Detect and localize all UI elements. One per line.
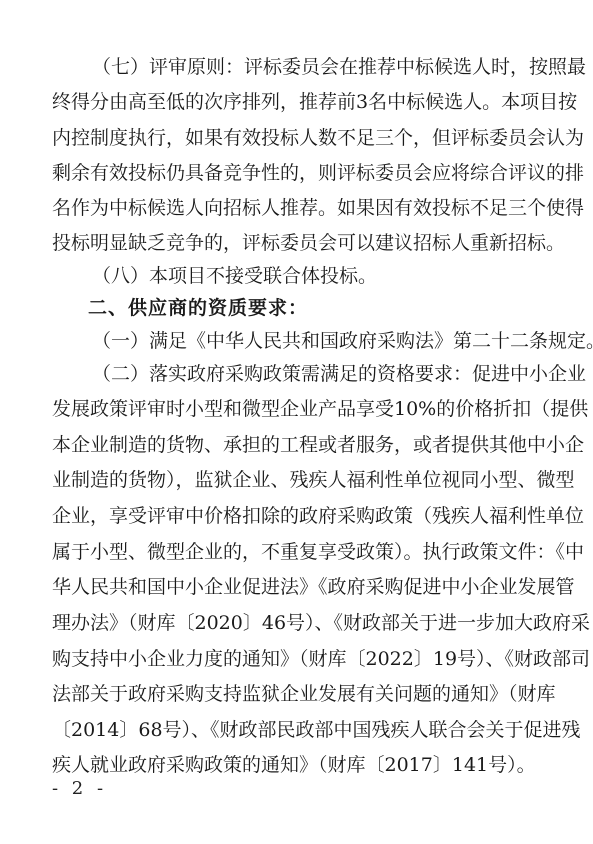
text-line: 理办法》（财库〔2020〕46号）、《财政部关于进一步加大政府采: [52, 606, 548, 640]
text-line: 企业，享受评审中价格扣除的政府采购政策（残疾人福利性单位: [52, 499, 548, 533]
text-line: 业制造的货物），监狱企业、残疾人福利性单位视同小型、微型: [52, 463, 548, 497]
section-heading: 二、供应商的资质要求：: [88, 291, 548, 325]
document-page: （七）评审原则：评标委员会在推荐中标候选人时，按照最终得分由高至低的次序排列，推…: [0, 0, 593, 844]
text-line: （二）落实政府采购政策需满足的资格要求：促进中小企业: [92, 357, 548, 391]
text-line: 属于小型、微型企业的，不重复享受政策）。执行政策文件：《中: [52, 535, 548, 569]
text-line: 投标明显缺乏竞争的，评标委员会可以建议招标人重新招标。: [52, 226, 548, 260]
text-line: （八）本项目不接受联合体投标。: [92, 259, 548, 293]
text-line: 〔2014〕68号）、《财政部民政部中国残疾人联合会关于促进残: [52, 713, 548, 747]
text-line: 疾人就业政府采购政策的通知》（财库〔2017〕141号）。: [52, 748, 548, 782]
text-line: 购支持中小企业力度的通知》（财库〔2022〕19号）、《财政部司: [52, 642, 548, 676]
page-number: - 2 -: [52, 776, 107, 802]
text-line: 内控制度执行，如果有效投标人数不足三个，但评标委员会认为: [52, 121, 548, 155]
text-line: 华人民共和国中小企业促进法》《政府采购促进中小企业发展管: [52, 570, 548, 604]
text-line: 剩余有效投标仍具备竞争性的，则评标委员会应将综合评议的排: [52, 156, 548, 190]
text-line: 本企业制造的货物、承担的工程或者服务，或者提供其他中小企: [52, 428, 548, 462]
text-line: （七）评审原则：评标委员会在推荐中标候选人时，按照最: [92, 50, 548, 84]
text-line: 发展政策评审时小型和微型企业产品享受10%的价格折扣（提供: [52, 392, 548, 426]
text-line: （一）满足《中华人民共和国政府采购法》第二十二条规定。: [92, 324, 548, 358]
text-line: 名作为中标候选人向招标人推荐。如果因有效投标不足三个使得: [52, 191, 548, 225]
text-line: 终得分由高至低的次序排列，推荐前3名中标候选人。本项目按: [52, 85, 548, 119]
text-line: 法部关于政府采购支持监狱企业发展有关问题的通知》（财库: [52, 677, 548, 711]
